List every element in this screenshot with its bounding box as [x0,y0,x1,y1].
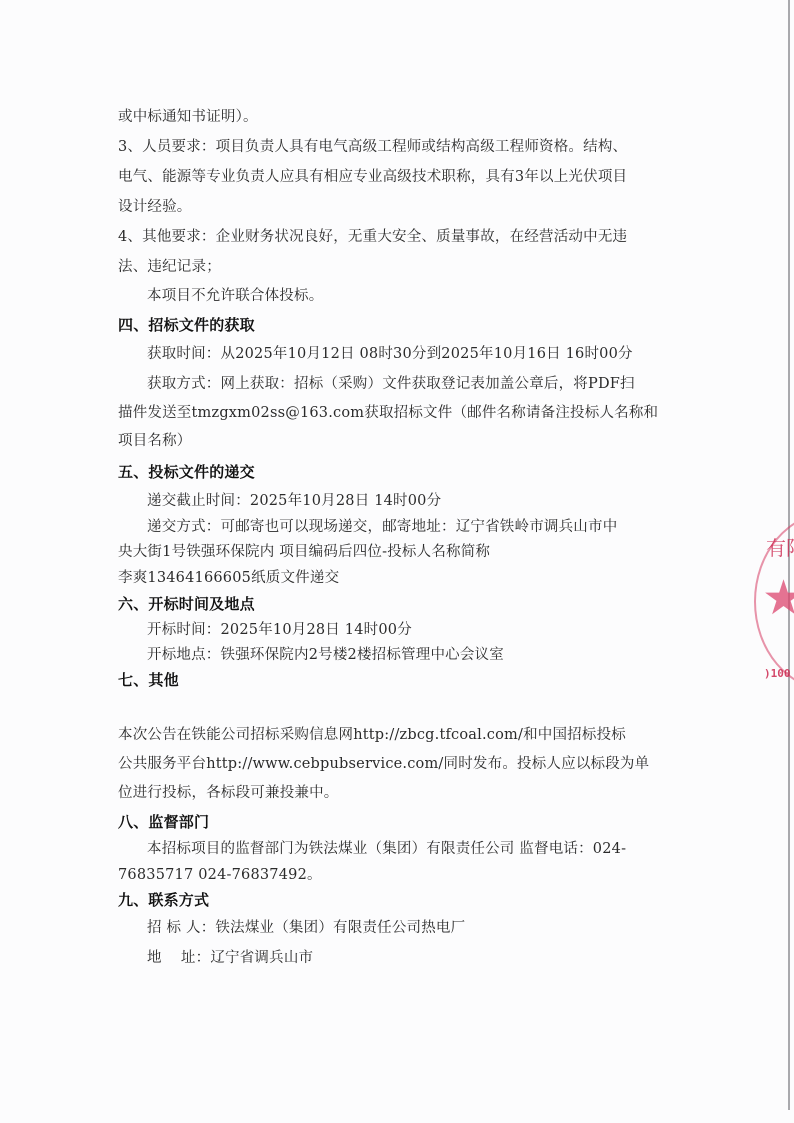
section-heading-4: 四、招标文件的获取 [118,315,255,335]
paragraph-line: 设计经验。 [118,197,192,217]
acquire-time: 获取时间：从2025年10月12日 08时30分到2025年10月16日 16时… [147,344,633,364]
section-heading-6: 六、开标时间及地点 [118,594,255,614]
notice-paragraph: 公共服务平台http://www.cebpubservice.com/同时发布。… [118,754,649,774]
section-heading-7: 七、其他 [118,670,179,690]
section-heading-5: 五、投标文件的递交 [118,462,255,482]
submit-method: 递交方式：可邮寄也可以现场递交，邮寄地址：辽宁省铁岭市调兵山市中 [147,517,617,537]
opening-place: 开标地点：铁强环保院内2号楼2楼招标管理中心会议室 [147,645,504,665]
paragraph-line: 3、人员要求：项目负责人具有电气高级工程师或结构高级工程师资格。结构、 [118,137,627,157]
seal-text: 有限 [766,532,794,561]
contact-tenderer: 招 标 人：铁法煤业（集团）有限责任公司热电厂 [147,918,465,938]
opening-time: 开标时间：2025年10月28日 14时00分 [147,620,412,640]
paragraph-line: 电气、能源等专业负责人应具有相应专业高级技术职称，具有3年以上光伏项目 [118,167,627,187]
paragraph-line: 4、其他要求：企业财务状况良好，无重大安全、质量事故，在经营活动中无违 [118,227,627,247]
section-heading-8: 八、监督部门 [118,812,209,832]
company-seal-stamp: 有限 ★ )100 [754,512,794,692]
section-heading-9: 九、联系方式 [118,890,209,910]
paragraph-line: 法、违纪记录； [118,257,221,277]
paragraph-line: 或中标通知书证明）。 [118,107,258,127]
supervision-phones: 76835717 024-76837492。 [118,865,322,885]
submit-method-cont: 李爽13464166605纸质文件递交 [118,568,339,588]
supervision-paragraph: 本招标项目的监督部门为铁法煤业（集团）有限责任公司 监督电话：024- [147,839,626,859]
paragraph-line: 本项目不允许联合体投标。 [147,286,323,306]
seal-number: )100 [764,667,791,680]
notice-paragraph: 本次公告在铁能公司招标采购信息网http://zbcg.tfcoal.com/和… [118,725,626,745]
contact-address: 地 址：辽宁省调兵山市 [147,948,313,968]
star-icon: ★ [762,574,794,622]
acquire-method-cont: 描件发送至tmzgxm02ss@163.com获取招标文件（邮件名称请备注投标人… [118,403,658,423]
acquire-method-cont: 项目名称） [118,431,192,451]
notice-paragraph: 位进行投标，各标段可兼投兼中。 [118,783,339,803]
submit-deadline: 递交截止时间：2025年10月28日 14时00分 [147,491,441,511]
acquire-method: 获取方式：网上获取：招标（采购）文件获取登记表加盖公章后，将PDF扫 [147,374,635,394]
submit-method-cont: 央大街1号铁强环保院内 项目编码后四位-投标人名称简称 [118,542,490,562]
